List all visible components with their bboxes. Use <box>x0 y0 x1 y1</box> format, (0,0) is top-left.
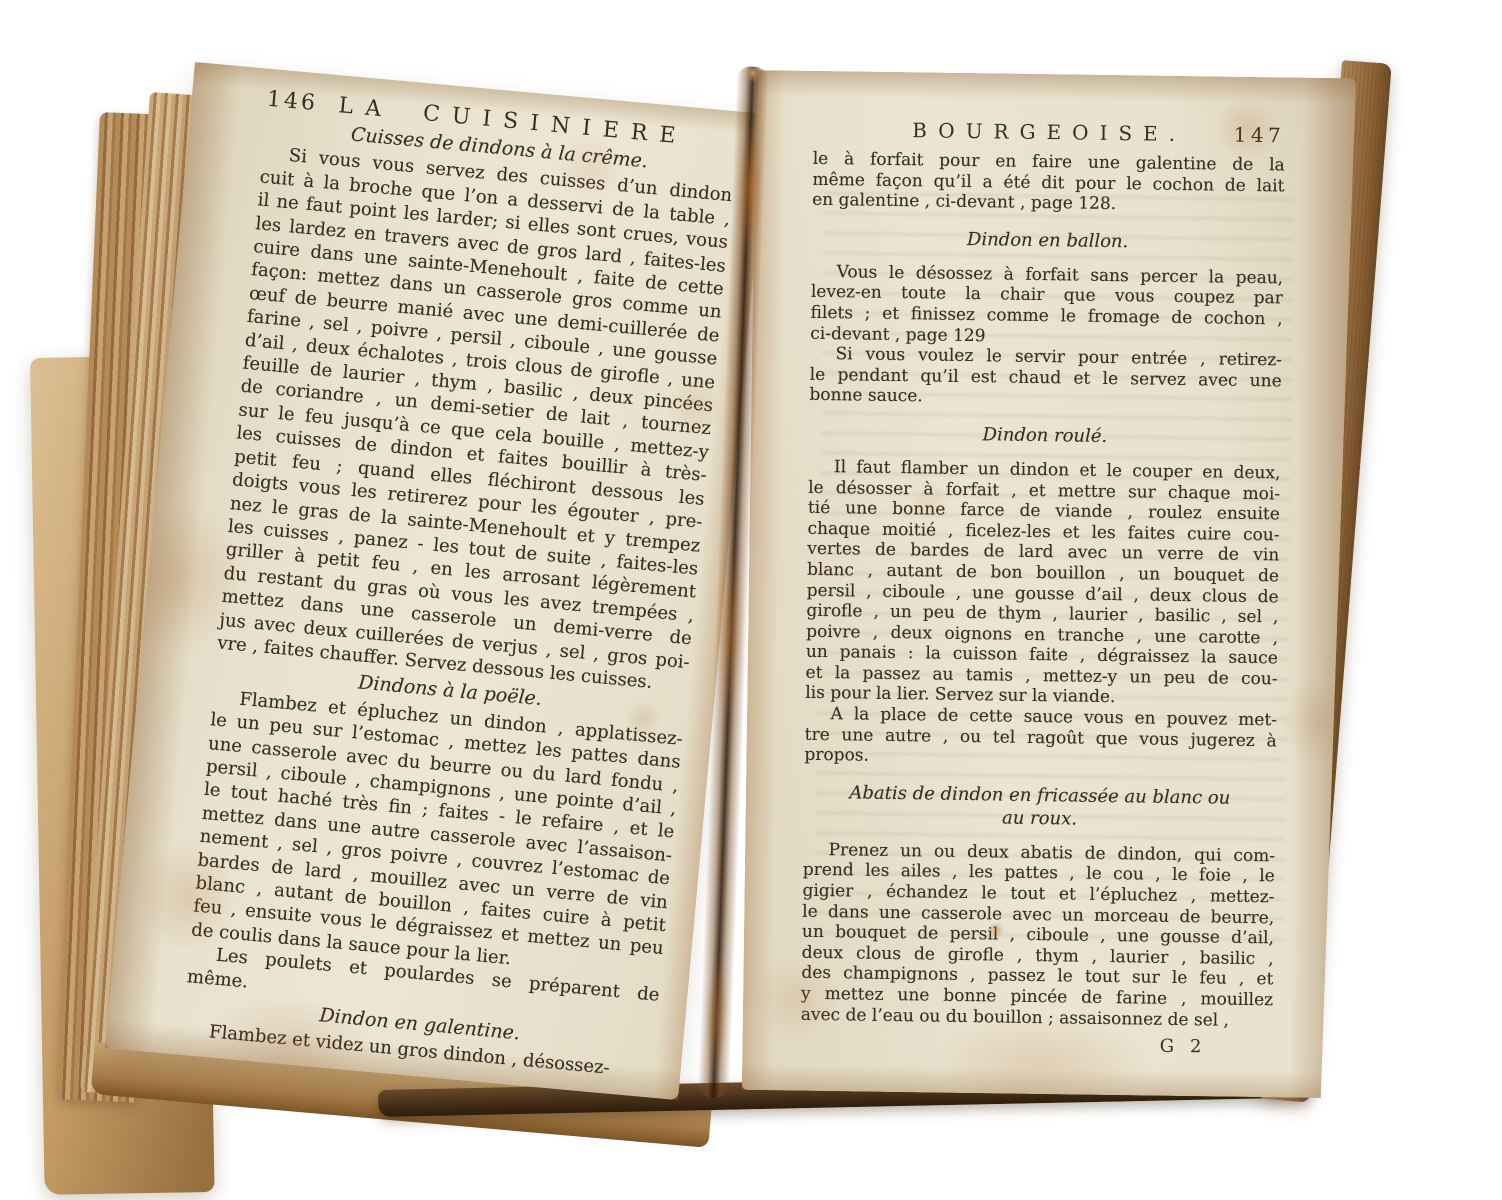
recipe-heading: Dindon en ballon. <box>812 226 1284 256</box>
paragraph: Si vous vous servez des cuisses d’un din… <box>216 142 733 698</box>
recipe-heading: Dindon roulé. <box>809 421 1281 451</box>
paragraph: Si vous voulez le servir pour entrée , r… <box>809 344 1282 412</box>
paragraph: Il faut flamber un dindon et le couper e… <box>805 457 1280 711</box>
paragraph: le à forfait pour en faire une galentine… <box>812 149 1285 217</box>
recipe-heading: Abatis de dindon en fricassée au blanc o… <box>803 781 1276 834</box>
right-running-title: BOURGEOISE. <box>885 118 1213 147</box>
header-spacer <box>687 144 759 151</box>
left-page-number: 146 <box>266 87 340 118</box>
paragraph: Vous le désossez à forfait sans percer l… <box>810 262 1283 351</box>
right-page-number: 147 <box>1213 122 1285 147</box>
open-book-photo: 146 LA CUISINIERE Cuisses de dindons à l… <box>0 0 1502 1200</box>
right-page: BOURGEOISE. 147 le à forfait pour en fai… <box>742 70 1356 1098</box>
right-page-text: le à forfait pour en faire une galentine… <box>801 149 1285 1032</box>
left-page: 146 LA CUISINIERE Cuisses de dindons à l… <box>105 62 767 1100</box>
paragraph: A la place de cette sauce vous en pouvez… <box>804 704 1277 772</box>
header-spacer <box>813 136 885 137</box>
left-page-text: Cuisses de dindons à la crême.Si vous vo… <box>181 116 735 1085</box>
right-page-header: BOURGEOISE. 147 <box>813 117 1285 148</box>
signature-mark: G 2 <box>800 1031 1272 1059</box>
paragraph: Prenez un ou deux abatis de dindon, qui … <box>801 840 1276 1032</box>
paragraph: Flambez et épluchez un dindon , applatis… <box>190 685 683 984</box>
